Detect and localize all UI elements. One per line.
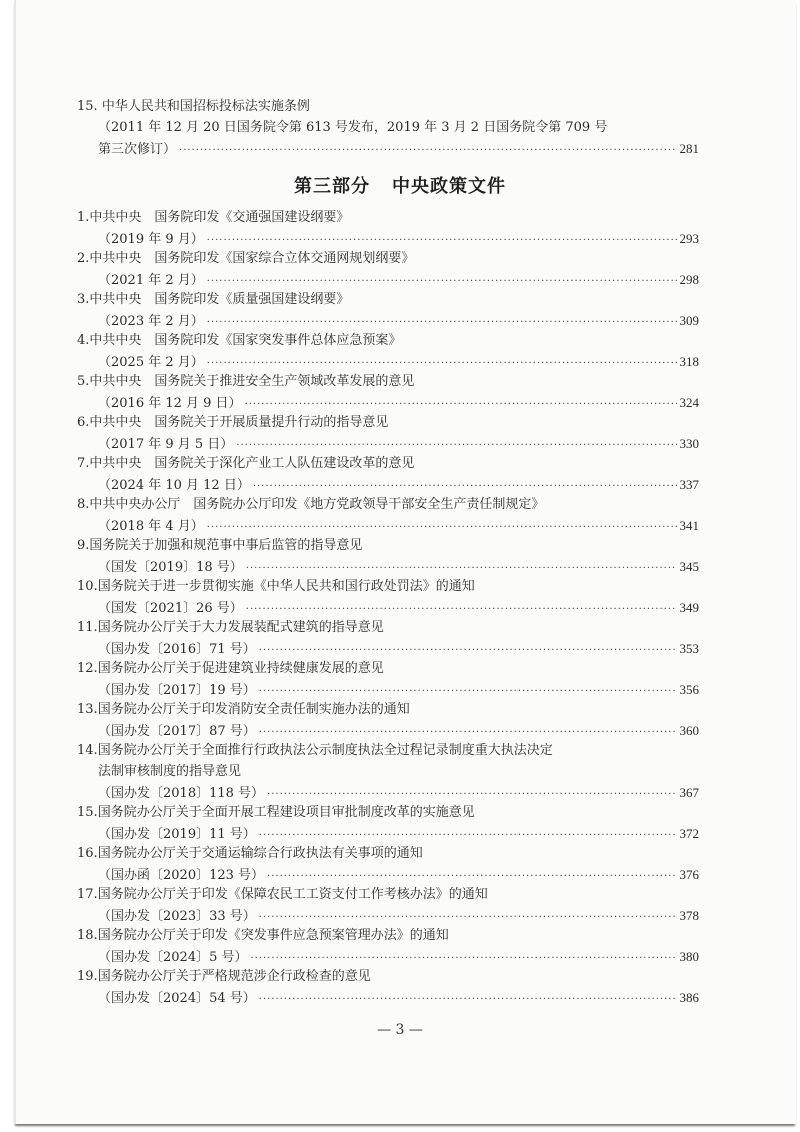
toc-entry-title[interactable]: 2.中共中央 国务院印发《国家综合立体交通网规划纲要》 [77, 249, 699, 269]
entry-title: 国务院办公厅关于印发《保障农民工工资支付工作考核办法》的通知 [98, 887, 488, 902]
entry-note: （国办发〔2023〕33 号） [98, 907, 256, 927]
toc-entry-leader[interactable]: （2025 年 2 月）318 [98, 352, 699, 372]
page-number: 281 [680, 139, 700, 159]
dot-leader [246, 559, 677, 579]
entry-note: （国办发〔2016〕71 号） [98, 640, 256, 660]
toc-entry-title[interactable]: 9.国务院关于加强和规范事中事后监管的指导意见 [77, 536, 699, 556]
entry-number: 7. [77, 456, 89, 471]
dot-leader [207, 231, 677, 251]
toc-entry-leader[interactable]: （国办发〔2024〕54 号）386 [98, 988, 699, 1008]
entry-number: 19. [77, 969, 98, 984]
toc-entry-leader[interactable]: （2024 年 10 月 12 日）337 [98, 475, 699, 495]
entry-title: 中共中央办公厅 国务院办公厅印发《地方党政领导干部安全生产责任制规定》 [89, 497, 544, 512]
entry-title: 国务院办公厅关于全面开展工程建设项目审批制度改革的实施意见 [98, 805, 475, 820]
page-number: 337 [680, 475, 700, 495]
toc-entry-title[interactable]: 15.国务院办公厅关于全面开展工程建设项目审批制度改革的实施意见 [77, 803, 699, 823]
entry-note: （2023 年 2 月） [98, 312, 204, 332]
page-number: 349 [680, 598, 700, 618]
entry-note-cont: 第三次修订） [98, 140, 176, 160]
toc-entry-leader[interactable]: （2019 年 9 月）293 [98, 229, 699, 249]
entry-note: （2016 年 12 月 9 日） [98, 394, 242, 414]
dot-leader [259, 826, 677, 846]
toc-entry-title[interactable]: 5.中共中央 国务院关于推进安全生产领域改革发展的意见 [77, 372, 699, 392]
entry-note: （国办发〔2017〕87 号） [98, 722, 256, 742]
entry-title: 中共中央 国务院印发《质量强国建设纲要》 [89, 292, 349, 307]
dot-leader [259, 641, 677, 661]
entry-note: （2017 年 9 月 5 日） [98, 435, 233, 455]
toc-entry-note: （2011 年 12 月 20 日国务院令第 613 号发布，2019 年 3 … [98, 118, 699, 138]
toc-entry-title[interactable]: 13.国务院办公厅关于印发消防安全责任制实施办法的通知 [77, 700, 699, 720]
toc-entry-leader[interactable]: （2017 年 9 月 5 日）330 [98, 434, 699, 454]
entry-note: （2021 年 2 月） [98, 271, 204, 291]
toc-entry-title[interactable]: 16.国务院办公厅关于交通运输综合行政执法有关事项的通知 [77, 844, 699, 864]
toc-entry-title[interactable]: 8.中共中央办公厅 国务院办公厅印发《地方党政领导干部安全生产责任制规定》 [77, 495, 699, 515]
entry-title: 国务院办公厅关于促进建筑业持续健康发展的意见 [98, 661, 384, 676]
toc-entry-leader[interactable]: （国办发〔2017〕19 号）356 [98, 680, 699, 700]
page-number: 353 [680, 639, 700, 659]
dot-leader [267, 867, 676, 887]
section-heading: 第三部分中央政策文件 [0, 172, 800, 198]
toc-entry-title[interactable]: 19.国务院办公厅关于严格规范涉企行政检查的意见 [77, 967, 699, 987]
dot-leader [179, 141, 676, 161]
entry-title: 中共中央 国务院关于深化产业工人队伍建设改革的意见 [89, 456, 414, 471]
section-part: 第三部分 [294, 176, 370, 197]
entry-number: 11. [77, 620, 98, 635]
entry-note: （国办发〔2017〕19 号） [98, 681, 256, 701]
toc-entry-title[interactable]: 18.国务院办公厅关于印发《突发事件应急预案管理办法》的通知 [77, 926, 699, 946]
toc-entry-leader[interactable]: （国办发〔2017〕87 号）360 [98, 721, 699, 741]
toc-entry-leader[interactable]: （国办函〔2020〕123 号）376 [98, 865, 699, 885]
toc-entry-leader[interactable]: （国办发〔2018〕118 号）367 [98, 783, 699, 803]
page-number: 293 [680, 229, 700, 249]
dot-leader [259, 682, 677, 702]
entry-note: （2018 年 4 月） [98, 517, 204, 537]
dot-leader [245, 395, 677, 415]
toc-entry-title[interactable]: 14.国务院办公厅关于全面推行行政执法公示制度执法全过程记录制度重大执法决定 [77, 741, 699, 761]
dot-leader [259, 990, 677, 1010]
page-number: 298 [680, 270, 700, 290]
entry-title: 中共中央 国务院关于推进安全生产领域改革发展的意见 [89, 374, 414, 389]
toc-entry-leader[interactable]: （国办发〔2024〕5 号）380 [98, 947, 699, 967]
entry-title: 中共中央 国务院印发《交通强国建设纲要》 [89, 210, 349, 225]
entry-title: 中共中央 国务院关于开展质量提升行动的指导意见 [89, 415, 388, 430]
entry-note: （国发〔2019〕18 号） [98, 558, 243, 578]
entry-number: 1. [77, 210, 89, 225]
page-number: 324 [680, 393, 700, 413]
entry-note: （2011 年 12 月 20 日国务院令第 613 号发布，2019 年 3 … [98, 120, 607, 135]
toc-entry-title[interactable]: 12.国务院办公厅关于促进建筑业持续健康发展的意见 [77, 659, 699, 679]
entry-title: 国务院办公厅关于印发消防安全责任制实施办法的通知 [98, 702, 410, 717]
toc-entry-title[interactable]: 7.中共中央 国务院关于深化产业工人队伍建设改革的意见 [77, 454, 699, 474]
entry-number: 5. [77, 374, 89, 389]
entry-note: （2025 年 2 月） [98, 353, 204, 373]
page-number: 367 [680, 783, 700, 803]
entry-number: 3. [77, 292, 89, 307]
entry-title: 国务院办公厅关于印发《突发事件应急预案管理办法》的通知 [98, 928, 449, 943]
dot-leader [253, 477, 677, 497]
toc-entry-leader[interactable]: （2018 年 4 月）341 [98, 516, 699, 536]
entry-note: （国发〔2021〕26 号） [98, 599, 243, 619]
entry-number: 17. [77, 887, 98, 902]
toc-entry-leader[interactable]: （2023 年 2 月）309 [98, 311, 699, 331]
entry-title: 国务院办公厅关于大力发展装配式建筑的指导意见 [98, 620, 384, 635]
entry-note: （2024 年 10 月 12 日） [98, 476, 250, 496]
toc-entry-leader[interactable]: 第三次修订） 281 [98, 139, 699, 159]
dot-leader [207, 518, 677, 538]
entry-number: 10. [77, 579, 98, 594]
toc-entry-leader[interactable]: （国办发〔2016〕71 号）353 [98, 639, 699, 659]
page-number: 345 [680, 557, 700, 577]
section-title: 中央政策文件 [392, 176, 506, 197]
entry-note: （国办发〔2024〕5 号） [98, 948, 248, 968]
entry-title-cont: 法制审核制度的指导意见 [98, 764, 241, 779]
dot-leader [207, 354, 677, 374]
entry-number: 15. [77, 99, 98, 114]
entry-number: 2. [77, 251, 89, 266]
toc-entry-leader[interactable]: （国发〔2019〕18 号）345 [98, 557, 699, 577]
page-number: 356 [680, 680, 700, 700]
entry-title: 国务院关于进一步贯彻实施《中华人民共和国行政处罚法》的通知 [98, 579, 475, 594]
entry-title: 国务院办公厅关于严格规范涉企行政检查的意见 [98, 969, 371, 984]
entry-number: 15. [77, 805, 98, 820]
toc-entry-title[interactable]: 11.国务院办公厅关于大力发展装配式建筑的指导意见 [77, 618, 699, 638]
page-number: 360 [680, 721, 700, 741]
entry-note: （国办发〔2018〕118 号） [98, 784, 264, 804]
page-number: 376 [680, 865, 700, 885]
toc-entry-title[interactable]: 3.中共中央 国务院印发《质量强国建设纲要》 [77, 290, 699, 310]
dot-leader [207, 272, 677, 292]
page-number: 330 [680, 434, 700, 454]
entry-number: 4. [77, 333, 89, 348]
dot-leader [236, 436, 676, 456]
page-footer-number: — 3 — [0, 1022, 800, 1038]
entry-title: 中共中央 国务院印发《国家突发事件总体应急预案》 [89, 333, 401, 348]
dot-leader [267, 785, 676, 805]
entry-number: 8. [77, 497, 89, 512]
page-number: 380 [680, 947, 700, 967]
page-number: 386 [680, 988, 700, 1008]
entry-title: 国务院办公厅关于交通运输综合行政执法有关事项的通知 [98, 846, 423, 861]
page-number: 341 [680, 516, 700, 536]
entry-note: （国办发〔2024〕54 号） [98, 989, 256, 1009]
dot-leader [207, 313, 677, 333]
entry-number: 9. [77, 538, 89, 553]
entry-title: 国务院关于加强和规范事中事后监管的指导意见 [89, 538, 362, 553]
entry-note: （国办发〔2019〕11 号） [98, 825, 256, 845]
toc-entry-title[interactable]: 10.国务院关于进一步贯彻实施《中华人民共和国行政处罚法》的通知 [77, 577, 699, 597]
entry-note: （国办函〔2020〕123 号） [98, 866, 264, 886]
entry-note: （2019 年 9 月） [98, 230, 204, 250]
page-number: 309 [680, 311, 700, 331]
toc-entry-title[interactable]: 6.中共中央 国务院关于开展质量提升行动的指导意见 [77, 413, 699, 433]
dot-leader [246, 600, 677, 620]
dot-leader [251, 949, 677, 969]
entry-number: 16. [77, 846, 98, 861]
toc-entry-title[interactable]: 17.国务院办公厅关于印发《保障农民工工资支付工作考核办法》的通知 [77, 885, 699, 905]
toc-entry-title[interactable]: 1.中共中央 国务院印发《交通强国建设纲要》 [77, 208, 699, 228]
entry-title: 中华人民共和国招标投标法实施条例 [102, 99, 310, 114]
page-number: 372 [680, 824, 700, 844]
entry-title: 中共中央 国务院印发《国家综合立体交通网规划纲要》 [89, 251, 414, 266]
toc-entry-title[interactable]: 15. 中华人民共和国招标投标法实施条例 [77, 97, 699, 117]
dot-leader [259, 723, 677, 743]
toc-entry-leader[interactable]: （2016 年 12 月 9 日）324 [98, 393, 699, 413]
entry-number: 18. [77, 928, 98, 943]
page-number: 378 [680, 906, 700, 926]
toc-entry-leader[interactable]: （2021 年 2 月）298 [98, 270, 699, 290]
entry-number: 12. [77, 661, 98, 676]
toc-entry-leader[interactable]: （国办发〔2019〕11 号）372 [98, 824, 699, 844]
toc-entry-leader[interactable]: （国发〔2021〕26 号）349 [98, 598, 699, 618]
dot-leader [259, 908, 677, 928]
entry-number: 14. [77, 743, 98, 758]
toc-entry-title[interactable]: 4.中共中央 国务院印发《国家突发事件总体应急预案》 [77, 331, 699, 351]
page-number: 318 [680, 352, 700, 372]
entry-number: 13. [77, 702, 98, 717]
entry-title: 国务院办公厅关于全面推行行政执法公示制度执法全过程记录制度重大执法决定 [98, 743, 553, 758]
toc-entry-leader[interactable]: （国办发〔2023〕33 号）378 [98, 906, 699, 926]
entry-number: 6. [77, 415, 89, 430]
toc-entry-title-cont: 法制审核制度的指导意见 [98, 762, 720, 782]
